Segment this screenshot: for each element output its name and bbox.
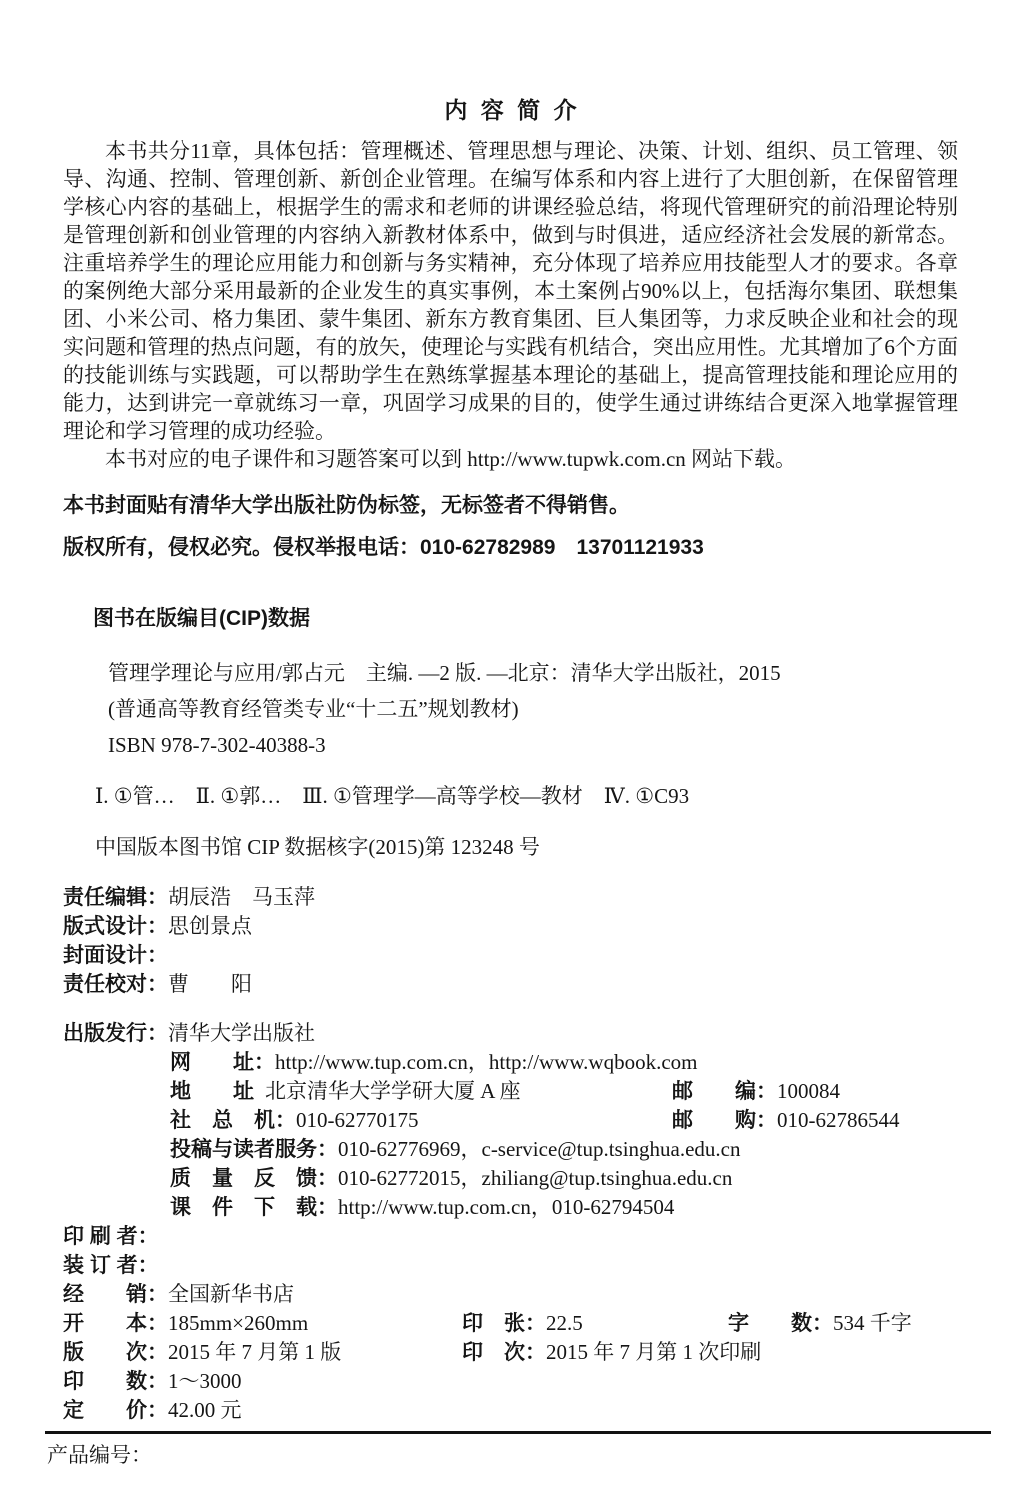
binder-label: 装 订 者：: [63, 1254, 159, 1277]
proofreader-label: 责任校对：: [63, 973, 168, 996]
mail-order-value: 010-62786544: [777, 1108, 900, 1132]
print-run-value: 1～3000: [168, 1369, 242, 1393]
print-run-label: 印 数：: [63, 1370, 168, 1393]
switchboard-row: 社 总 机：010-62770175 邮 购：010-62786544: [63, 1106, 958, 1135]
cover-design-label: 封面设计：: [63, 944, 168, 967]
edition-value: 2015 年 7 月第 1 版: [168, 1340, 341, 1364]
impression-label: 印 次：: [462, 1341, 546, 1364]
copyright-page: 内 容 简 介 本书共分11章，具体包括：管理概述、管理思想与理论、决策、计划、…: [0, 0, 1020, 1500]
layout-design-value: 思创景点: [168, 914, 252, 938]
product-code-row: 产品编号：: [47, 1441, 958, 1469]
download-note: 本书对应的电子课件和习题答案可以到 http://www.tupwk.com.c…: [63, 445, 958, 473]
intro-paragraph: 本书共分11章，具体包括：管理概述、管理思想与理论、决策、计划、组织、员工管理、…: [63, 137, 958, 445]
impression-cell: 印 次：2015 年 7 月第 1 次印刷: [462, 1338, 761, 1367]
print-run-row: 印 数：1～3000: [63, 1367, 958, 1396]
product-code-label: 产品编号：: [47, 1443, 152, 1467]
distributor-row: 经 销：全国新华书店: [63, 1280, 958, 1309]
sheets-cell: 印 张：22.5: [462, 1309, 583, 1338]
layout-design-row: 版式设计：思创景点: [63, 912, 958, 941]
price-label: 定 价：: [63, 1399, 168, 1422]
format-row: 开 本：185mm×260mm 印 张：22.5 字 数：534 千字: [63, 1309, 958, 1338]
format-value: 185mm×260mm: [168, 1311, 308, 1335]
anti-counterfeit-notice: 本书封面贴有清华大学出版社防伪标签，无标签者不得销售。: [63, 493, 958, 519]
publisher-row: 出版发行：清华大学出版社: [63, 1019, 958, 1048]
reader-service-value: 010-62776969，c-service@tup.tsinghua.edu.…: [338, 1137, 741, 1161]
price-value: 42.00 元: [168, 1398, 242, 1422]
address-value: 北京清华大学学研大厦 A 座: [265, 1079, 521, 1103]
courseware-download-value: http://www.tup.com.cn，010-62794504: [338, 1195, 674, 1219]
website-value: http://www.tup.com.cn，http://www.wqbook.…: [275, 1050, 698, 1074]
address-row: 地 址北京清华大学学研大厦 A 座 邮 编：100084: [63, 1077, 958, 1106]
cip-heading: 图书在版编目(CIP)数据: [93, 605, 958, 633]
proofreader-value: 曹 阳: [168, 972, 252, 996]
copyright-notice: 版权所有，侵权必究。侵权举报电话：010-62782989 1370112193…: [63, 535, 958, 561]
switchboard-value: 010-62770175: [296, 1108, 419, 1132]
format-label: 开 本：: [63, 1312, 168, 1335]
postcode-label: 邮 编：: [672, 1080, 777, 1103]
cover-design-row: 封面设计：: [63, 941, 958, 970]
publisher-value: 清华大学出版社: [168, 1021, 315, 1045]
editor-row: 责任编辑：胡辰浩 马玉萍: [63, 883, 958, 912]
intro-title: 内 容 简 介: [63, 92, 958, 125]
quality-feedback-value: 010-62772015，zhiliang@tup.tsinghua.edu.c…: [338, 1166, 732, 1190]
sheets-label: 印 张：: [462, 1312, 546, 1335]
price-row: 定 价：42.00 元: [63, 1396, 958, 1425]
cip-classification: Ⅰ. ①管… Ⅱ. ①郭… Ⅲ. ①管理学—高等学校—教材 Ⅳ. ①C93: [95, 782, 958, 810]
cip-title-line: 管理学理论与应用/郭占元 主编. —2 版. —北京：清华大学出版社，2015: [108, 659, 958, 687]
courseware-download-row: 课 件 下 载：http://www.tup.com.cn，010-627945…: [63, 1193, 958, 1222]
mail-order-label: 邮 购：: [672, 1109, 777, 1132]
printing-block: 印 刷 者： 装 订 者： 经 销：全国新华书店 开 本：185mm×260mm…: [63, 1222, 958, 1425]
staff-block: 责任编辑：胡辰浩 马玉萍 版式设计：思创景点 封面设计： 责任校对：曹 阳: [63, 883, 958, 999]
impression-value: 2015 年 7 月第 1 次印刷: [546, 1340, 761, 1364]
quality-feedback-label: 质 量 反 馈：: [170, 1167, 338, 1190]
editor-value: 胡辰浩 马玉萍: [168, 885, 315, 909]
publisher-label: 出版发行：: [63, 1022, 168, 1045]
distributor-value: 全国新华书店: [168, 1282, 294, 1306]
switchboard-label: 社 总 机：: [170, 1109, 296, 1132]
isbn-line: ISBN 978-7-302-40388-3: [108, 731, 958, 759]
word-count-cell: 字 数：534 千字: [728, 1309, 912, 1338]
courseware-download-label: 课 件 下 载：: [170, 1196, 338, 1219]
binder-row: 装 订 者：: [63, 1251, 958, 1280]
address-label: 地 址: [170, 1080, 254, 1103]
distributor-label: 经 销：: [63, 1283, 168, 1306]
edition-row: 版 次：2015 年 7 月第 1 版 印 次：2015 年 7 月第 1 次印…: [63, 1338, 958, 1367]
printer-row: 印 刷 者：: [63, 1222, 958, 1251]
sheets-value: 22.5: [546, 1311, 583, 1335]
divider-rule: [45, 1431, 991, 1434]
printer-label: 印 刷 者：: [63, 1225, 159, 1248]
publisher-block: 出版发行：清华大学出版社 网 址：http://www.tup.com.cn，h…: [63, 1019, 958, 1222]
layout-design-label: 版式设计：: [63, 915, 168, 938]
postcode-value: 100084: [777, 1079, 840, 1103]
word-count-value: 534 千字: [833, 1311, 912, 1335]
reader-service-row: 投稿与读者服务：010-62776969，c-service@tup.tsing…: [63, 1135, 958, 1164]
cip-record-number: 中国版本图书馆 CIP 数据核字(2015)第 123248 号: [95, 833, 958, 861]
mail-order-cell: 邮 购：010-62786544: [672, 1106, 900, 1135]
cip-series-line: (普通高等教育经管类专业“十二五”规划教材): [108, 695, 958, 723]
word-count-label: 字 数：: [728, 1312, 833, 1335]
proofreader-row: 责任校对：曹 阳: [63, 970, 958, 999]
website-label: 网 址：: [170, 1051, 275, 1074]
postcode-cell: 邮 编：100084: [672, 1077, 840, 1106]
website-row: 网 址：http://www.tup.com.cn，http://www.wqb…: [63, 1048, 958, 1077]
editor-label: 责任编辑：: [63, 886, 168, 909]
edition-label: 版 次：: [63, 1341, 168, 1364]
quality-feedback-row: 质 量 反 馈：010-62772015，zhiliang@tup.tsingh…: [63, 1164, 958, 1193]
reader-service-label: 投稿与读者服务：: [170, 1138, 338, 1161]
